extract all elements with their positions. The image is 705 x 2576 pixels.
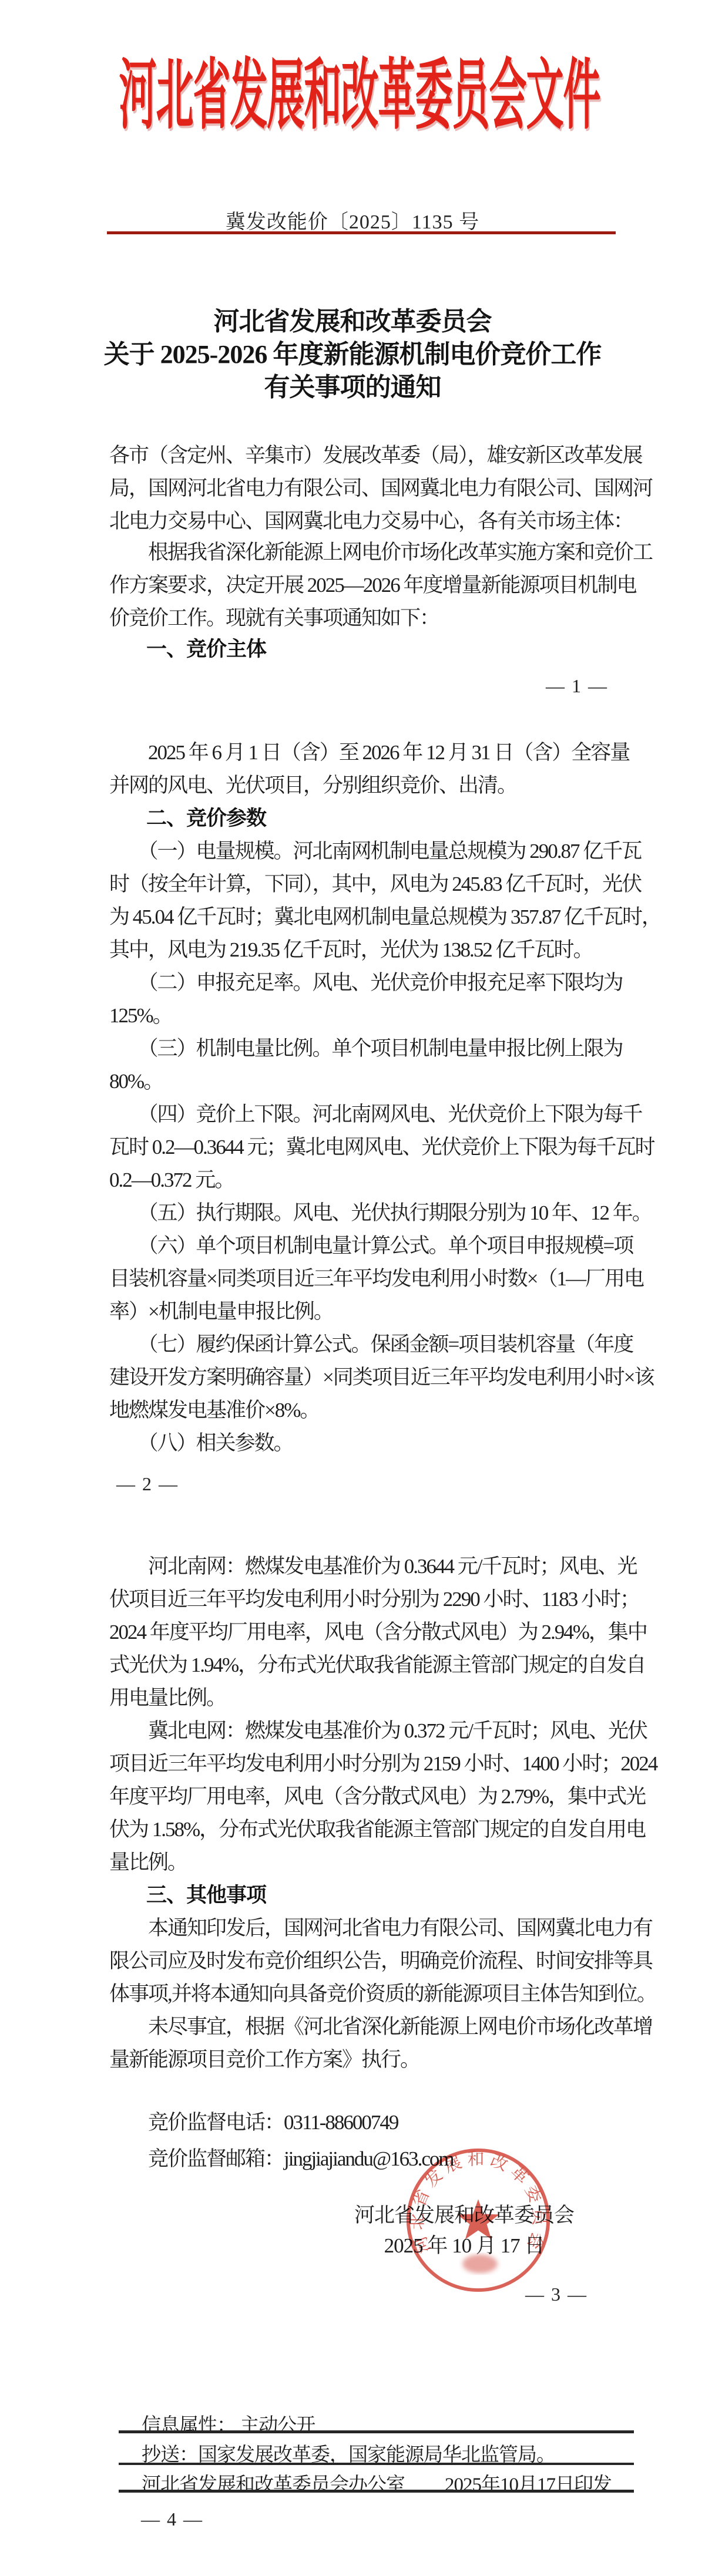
scanned-document-page: { "colors": { "banner_red": "#e2231a", "… (0, 0, 705, 2576)
text-line: 局，国网河北省电力有限公司、国网冀北电力有限公司、国网河 (109, 472, 630, 505)
section-heading-3: 三、其他事项 (109, 1879, 667, 1912)
official-seal: 河北省发展和改革委员会 (402, 2144, 554, 2296)
text-line: 并网的风电、光伏项目，分别组织竞价、出清。 (109, 769, 630, 802)
text-line: 地燃煤发电基准价×8%。 (109, 1394, 630, 1427)
intro-paragraph: 根据我省深化新能源上网电价市场化改革实施方案和竞价工作方案要求，决定开展 202… (109, 536, 630, 635)
section-heading-2: 二、竞价参数 (109, 802, 667, 835)
other-matters-paragraphs: 本通知印发后，国网河北省电力有限公司、国网冀北电力有限公司应及时发布竞价组织公告… (109, 1912, 630, 2076)
text-line: 量比例。 (109, 1846, 630, 1879)
seal-star-icon (457, 2199, 499, 2239)
text-line: （三）机制电量比例。单个项目机制电量申报比例上限为 (109, 1032, 630, 1065)
seal-smudge (462, 2255, 498, 2274)
text-line: （五）执行期限。风电、光伏执行期限分别为 10 年、12 年。 (109, 1197, 630, 1230)
text-line: 伏项目近三年平均发电利用小时分别为 2290 小时、1183 小时； (109, 1583, 630, 1616)
text-line: （一）电量规模。河北南网机制电量总规模为 290.87 亿千瓦 (109, 835, 630, 868)
page-number-1: — 1 — (546, 675, 608, 697)
text-line: 本通知印发后，国网河北省电力有限公司、国网冀北电力有 (109, 1912, 630, 1945)
page-number-4: — 4 — (141, 2508, 203, 2530)
text-line: 河北南网：燃煤发电基准价为 0.3644 元/千瓦时；风电、光 (109, 1550, 630, 1583)
text-line: 项目近三年平均发电利用小时分别为 2159 小时、1400 小时；2024 (109, 1747, 630, 1780)
text-line: 目装机容量×同类项目近三年平均发电利用小时数×（1—厂用电 (109, 1262, 630, 1295)
letterhead-banner: 河北省发展和改革委员会文件 (0, 47, 705, 146)
document-title: 河北省发展和改革委员会 关于 2025-2026 年度新能源机制电价竞价工作 有… (0, 305, 705, 404)
text-line: 竞价监督电话：0311-88600749 (109, 2104, 630, 2141)
text-line: 体事项,并将本通知向具备竞价资质的新能源项目主体告知到位。 (109, 1978, 630, 2011)
title-line-1: 河北省发展和改革委员会 (0, 305, 705, 338)
text-line: 80%。 (109, 1065, 630, 1098)
grid-parameters-paragraphs: 河北南网：燃煤发电基准价为 0.3644 元/千瓦时；风电、光伏项目近三年平均发… (109, 1550, 630, 1879)
text-line: 作方案要求，决定开展 2025—2026 年度增量新能源项目机制电 (109, 569, 630, 602)
text-line: （六）单个项目机制电量计算公式。单个项目申报规模=项 (109, 1230, 630, 1262)
text-line: 根据我省深化新能源上网电价市场化改革实施方案和竞价工 (109, 536, 630, 569)
letterhead-rule (107, 231, 616, 234)
text-line: 建设开发方案明确容量）×同类项目近三年平均发电利用小时×该 (109, 1361, 630, 1394)
text-line: （八）相关参数。 (109, 1427, 630, 1460)
text-line: 率）×机制电量申报比例。 (109, 1295, 630, 1328)
text-line: 其中，风电为 219.35 亿千瓦时，光伏为 138.52 亿千瓦时。 (109, 934, 630, 967)
text-line: 价竞价工作。现就有关事项通知如下： (109, 602, 630, 635)
text-line: （二）申报充足率。风电、光伏竞价申报充足率下限均为 (109, 967, 630, 999)
title-line-2: 关于 2025-2026 年度新能源机制电价竞价工作 (0, 338, 705, 371)
text-line: 未尽事宜，根据《河北省深化新能源上网电价市场化改革增 (109, 2011, 630, 2043)
text-line: 式光伏为 1.94%，分布式光伏取我省能源主管部门规定的自发自 (109, 1649, 630, 1682)
seal-graphic: 河北省发展和改革委员会 (402, 2144, 554, 2296)
text-line: 年度平均厂用电率，风电（含分散式风电）为 2.79%，集中式光 (109, 1780, 630, 1813)
text-line: 伏为 1.58%，分布式光伏取我省能源主管部门规定的自发自用电 (109, 1813, 630, 1846)
text-line: 2025 年 6 月 1 日（含）至 2026 年 12 月 31 日（含）全容… (109, 736, 630, 769)
text-line: 0.2—0.372 元。 (109, 1164, 630, 1197)
text-line: 125%。 (109, 999, 630, 1032)
scope-paragraph: 2025 年 6 月 1 日（含）至 2026 年 12 月 31 日（含）全容… (109, 736, 630, 802)
text-line: 北电力交易中心、国网冀北电力交易中心，各有关市场主体： (109, 505, 630, 538)
footer-rule-1 (119, 2430, 634, 2433)
text-line: 时（按全年计算，下同），其中，风电为 245.83 亿千瓦时，光伏 (109, 868, 630, 901)
text-line: （七）履约保函计算公式。保函金额=项目装机容量（年度 (109, 1328, 630, 1361)
text-line: 2024 年度平均厂用电率，风电（含分散式风电）为 2.94%，集中 (109, 1616, 630, 1649)
text-line: 冀北电网：燃煤发电基准价为 0.372 元/千瓦时；风电、光伏 (109, 1715, 630, 1747)
text-line: 用电量比例。 (109, 1682, 630, 1715)
text-line: 各市（含定州、辛集市）发展改革委（局），雄安新区改革发展 (109, 439, 630, 472)
text-line: 限公司应及时发布竞价组织公告，明确竞价流程、时间安排等具 (109, 1945, 630, 1978)
text-line: 瓦时 0.2—0.3644 元；冀北电网风电、光伏竞价上下限为每千瓦时 (109, 1131, 630, 1164)
title-line-3: 有关事项的通知 (0, 371, 705, 404)
document-number: 冀发改能价〔2025〕1135 号 (0, 206, 705, 234)
parameters-paragraphs: （一）电量规模。河北南网机制电量总规模为 290.87 亿千瓦时（按全年计算，下… (109, 835, 630, 1460)
letterhead-title: 河北省发展和改革委员会文件 (119, 58, 600, 134)
salutation-paragraph: 各市（含定州、辛集市）发展改革委（局），雄安新区改革发展局，国网河北省电力有限公… (109, 439, 630, 538)
footer-rule-2 (119, 2463, 634, 2465)
section-heading-1: 一、竞价主体 (109, 633, 667, 666)
page-number-2: — 2 — (116, 1473, 179, 1495)
text-line: （四）竞价上下限。河北南网风电、光伏竞价上下限为每千 (109, 1098, 630, 1131)
text-line: 量新能源项目竞价工作方案》执行。 (109, 2043, 630, 2076)
footer-rule-3 (119, 2490, 634, 2493)
text-line: 为 45.04 亿千瓦时；冀北电网机制电量总规模为 357.87 亿千瓦时， (109, 901, 630, 934)
